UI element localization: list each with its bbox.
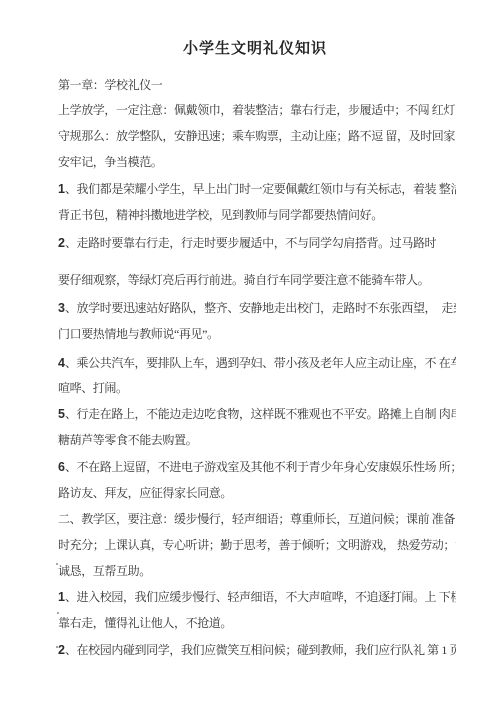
line-text: 、乘公共汽车，要排队上车，遇到孕妇、带小孩及老年人应主动让座，不 在车内: [65, 356, 456, 370]
line-text: 、进入校园，我们应缓步慢行、轻声细语，不大声喧哗，不追逐打闹。上 下楼梯: [65, 590, 456, 604]
scan-artifact: [56, 646, 58, 648]
list-number: 3: [58, 301, 65, 315]
line-text: 守规那么：放学整队，安静迅速；乘车购票，主动让座；路不逗 留，及时回家；平: [58, 129, 456, 143]
document-page: 小学生文明礼仪知识 第一章：学校礼仪一上学放学，一定注意：佩戴领巾，着装整洁；靠…: [0, 0, 500, 707]
list-number: 4: [58, 356, 65, 370]
line-text: 、我们都是荣耀小学生，早上出门时一定要佩戴红领巾与有关标志，着装 整洁，: [65, 182, 456, 196]
text-line: 安牢记，争当模范。: [58, 155, 456, 172]
list-number: 1: [58, 590, 65, 604]
scan-artifact: [56, 563, 58, 565]
text-line: 时充分；上课认真，专心听讲；勤于思考，善于倾听；文明游戏， 热爱劳动；谦虚: [58, 538, 456, 555]
list-number: 5: [58, 407, 65, 421]
text-line: 第一章：学校礼仪一: [58, 78, 456, 95]
line-text: 糖葫芦等零食不能去购置。: [58, 433, 197, 447]
text-line: 1、我们都是荣耀小学生，早上出门时一定要佩戴红领巾与有关标志，着装 整洁，: [58, 182, 456, 199]
line-text: 路访友、拜友，应征得家长同意。: [58, 486, 232, 500]
list-number: 2: [58, 236, 65, 250]
text-line: 5、行走在路上，不能边走边吃食物，这样既不雅观也不平安。路摊上自制 肉串、: [58, 407, 456, 424]
line-text: 时充分；上课认真，专心听讲；勤于思考，善于倾听；文明游戏， 热爱劳动；谦虚: [58, 538, 456, 552]
text-line: 诚恳，互帮互助。: [58, 564, 456, 581]
line-text: 二、教学区，要注意：缓步慢行，轻声细语；尊重师长，互道问候；课前 准备，及: [58, 512, 456, 526]
text-line: 上学放学，一定注意：佩戴领巾，着装整洁；靠右行走，步履适中；不闯 红灯，遵: [58, 103, 456, 120]
line-text: 背正书包，精神抖擞地进学校，见到教师与同学都要热情问好。: [58, 208, 383, 222]
text-line: 路访友、拜友，应征得家长同意。: [58, 486, 456, 503]
line-text: 、不在路上逗留，不进电子游戏室及其他不利于青少年身心安康娱乐性场 所；顺: [65, 460, 456, 474]
list-number: 1: [58, 182, 65, 196]
text-line: 3、放学时要迅速站好路队，整齐、安静地走出校门，走路时不东张西望， 走到校: [58, 301, 456, 318]
line-text: 第一章：学校礼仪一: [58, 78, 162, 92]
line-text: 、行走在路上，不能边走边吃食物，这样既不雅观也不平安。路摊上自制 肉串、: [65, 407, 456, 421]
line-text: 诚恳，互帮互助。: [58, 564, 151, 578]
line-text: 门口要热情地与教师说“再见”。: [58, 327, 219, 341]
text-line: 6、不在路上逗留，不进电子游戏室及其他不利于青少年身心安康娱乐性场 所；顺: [58, 460, 456, 477]
line-text: 、在校园内碰到同学，我们应微笑互相问候；碰到教师，我们应行队礼: [65, 643, 427, 657]
line-text: 、放学时要迅速站好路队，整齐、安静地走出校门，走路时不东张西望， 走到校: [65, 301, 456, 315]
text-line: 二、教学区，要注意：缓步慢行，轻声细语；尊重师长，互道问候；课前 准备，及: [58, 512, 456, 529]
text-line: 2、走路时要靠右行走，行走时要步履适中，不与同学勾肩搭背。过马路时: [58, 236, 456, 253]
list-number: 2: [58, 643, 65, 657]
text-line: 糖葫芦等零食不能去购置。: [58, 433, 456, 450]
line-text: 靠右走，懂得礼让他人，不抢道。: [58, 616, 232, 630]
text-line: 1、进入校园，我们应缓步慢行、轻声细语，不大声喧哗，不追逐打闹。上 下楼梯: [58, 590, 456, 607]
document-title: 小学生文明礼仪知识: [58, 37, 452, 58]
text-line: 靠右走，懂得礼让他人，不抢道。: [58, 616, 456, 633]
line-text: 上学放学，一定注意：佩戴领巾，着装整洁；靠右行走，步履适中；不闯 红灯，遵: [58, 103, 456, 117]
text-line: 2、在校园内碰到同学，我们应微笑互相问候；碰到教师，我们应行队礼 第 1 页: [58, 643, 456, 660]
text-line: 要仔细观察，等绿灯亮后再行前进。骑自行车同学要注意不能骑车带人。: [58, 273, 456, 290]
text-line: 喧哗、打闹。: [58, 381, 456, 398]
line-text: 、走路时要靠右行走，行走时要步履适中，不与同学勾肩搭背。过马路时: [65, 236, 436, 250]
scan-artifact: [57, 612, 59, 614]
line-text: 喧哗、打闹。: [58, 381, 128, 395]
page-number: 第 1 页: [427, 643, 456, 657]
text-line: 守规那么：放学整队，安静迅速；乘车购票，主动让座；路不逗 留，及时回家；平: [58, 129, 456, 146]
line-text: 安牢记，争当模范。: [58, 155, 162, 169]
line-text: 要仔细观察，等绿灯亮后再行前进。骑自行车同学要注意不能骑车带人。: [58, 273, 429, 287]
text-line: 背正书包，精神抖擞地进学校，见到教师与同学都要热情问好。: [58, 208, 456, 225]
text-line: 4、乘公共汽车，要排队上车，遇到孕妇、带小孩及老年人应主动让座，不 在车内: [58, 356, 456, 373]
text-line: 门口要热情地与教师说“再见”。: [58, 327, 456, 344]
list-number: 6: [58, 460, 65, 474]
